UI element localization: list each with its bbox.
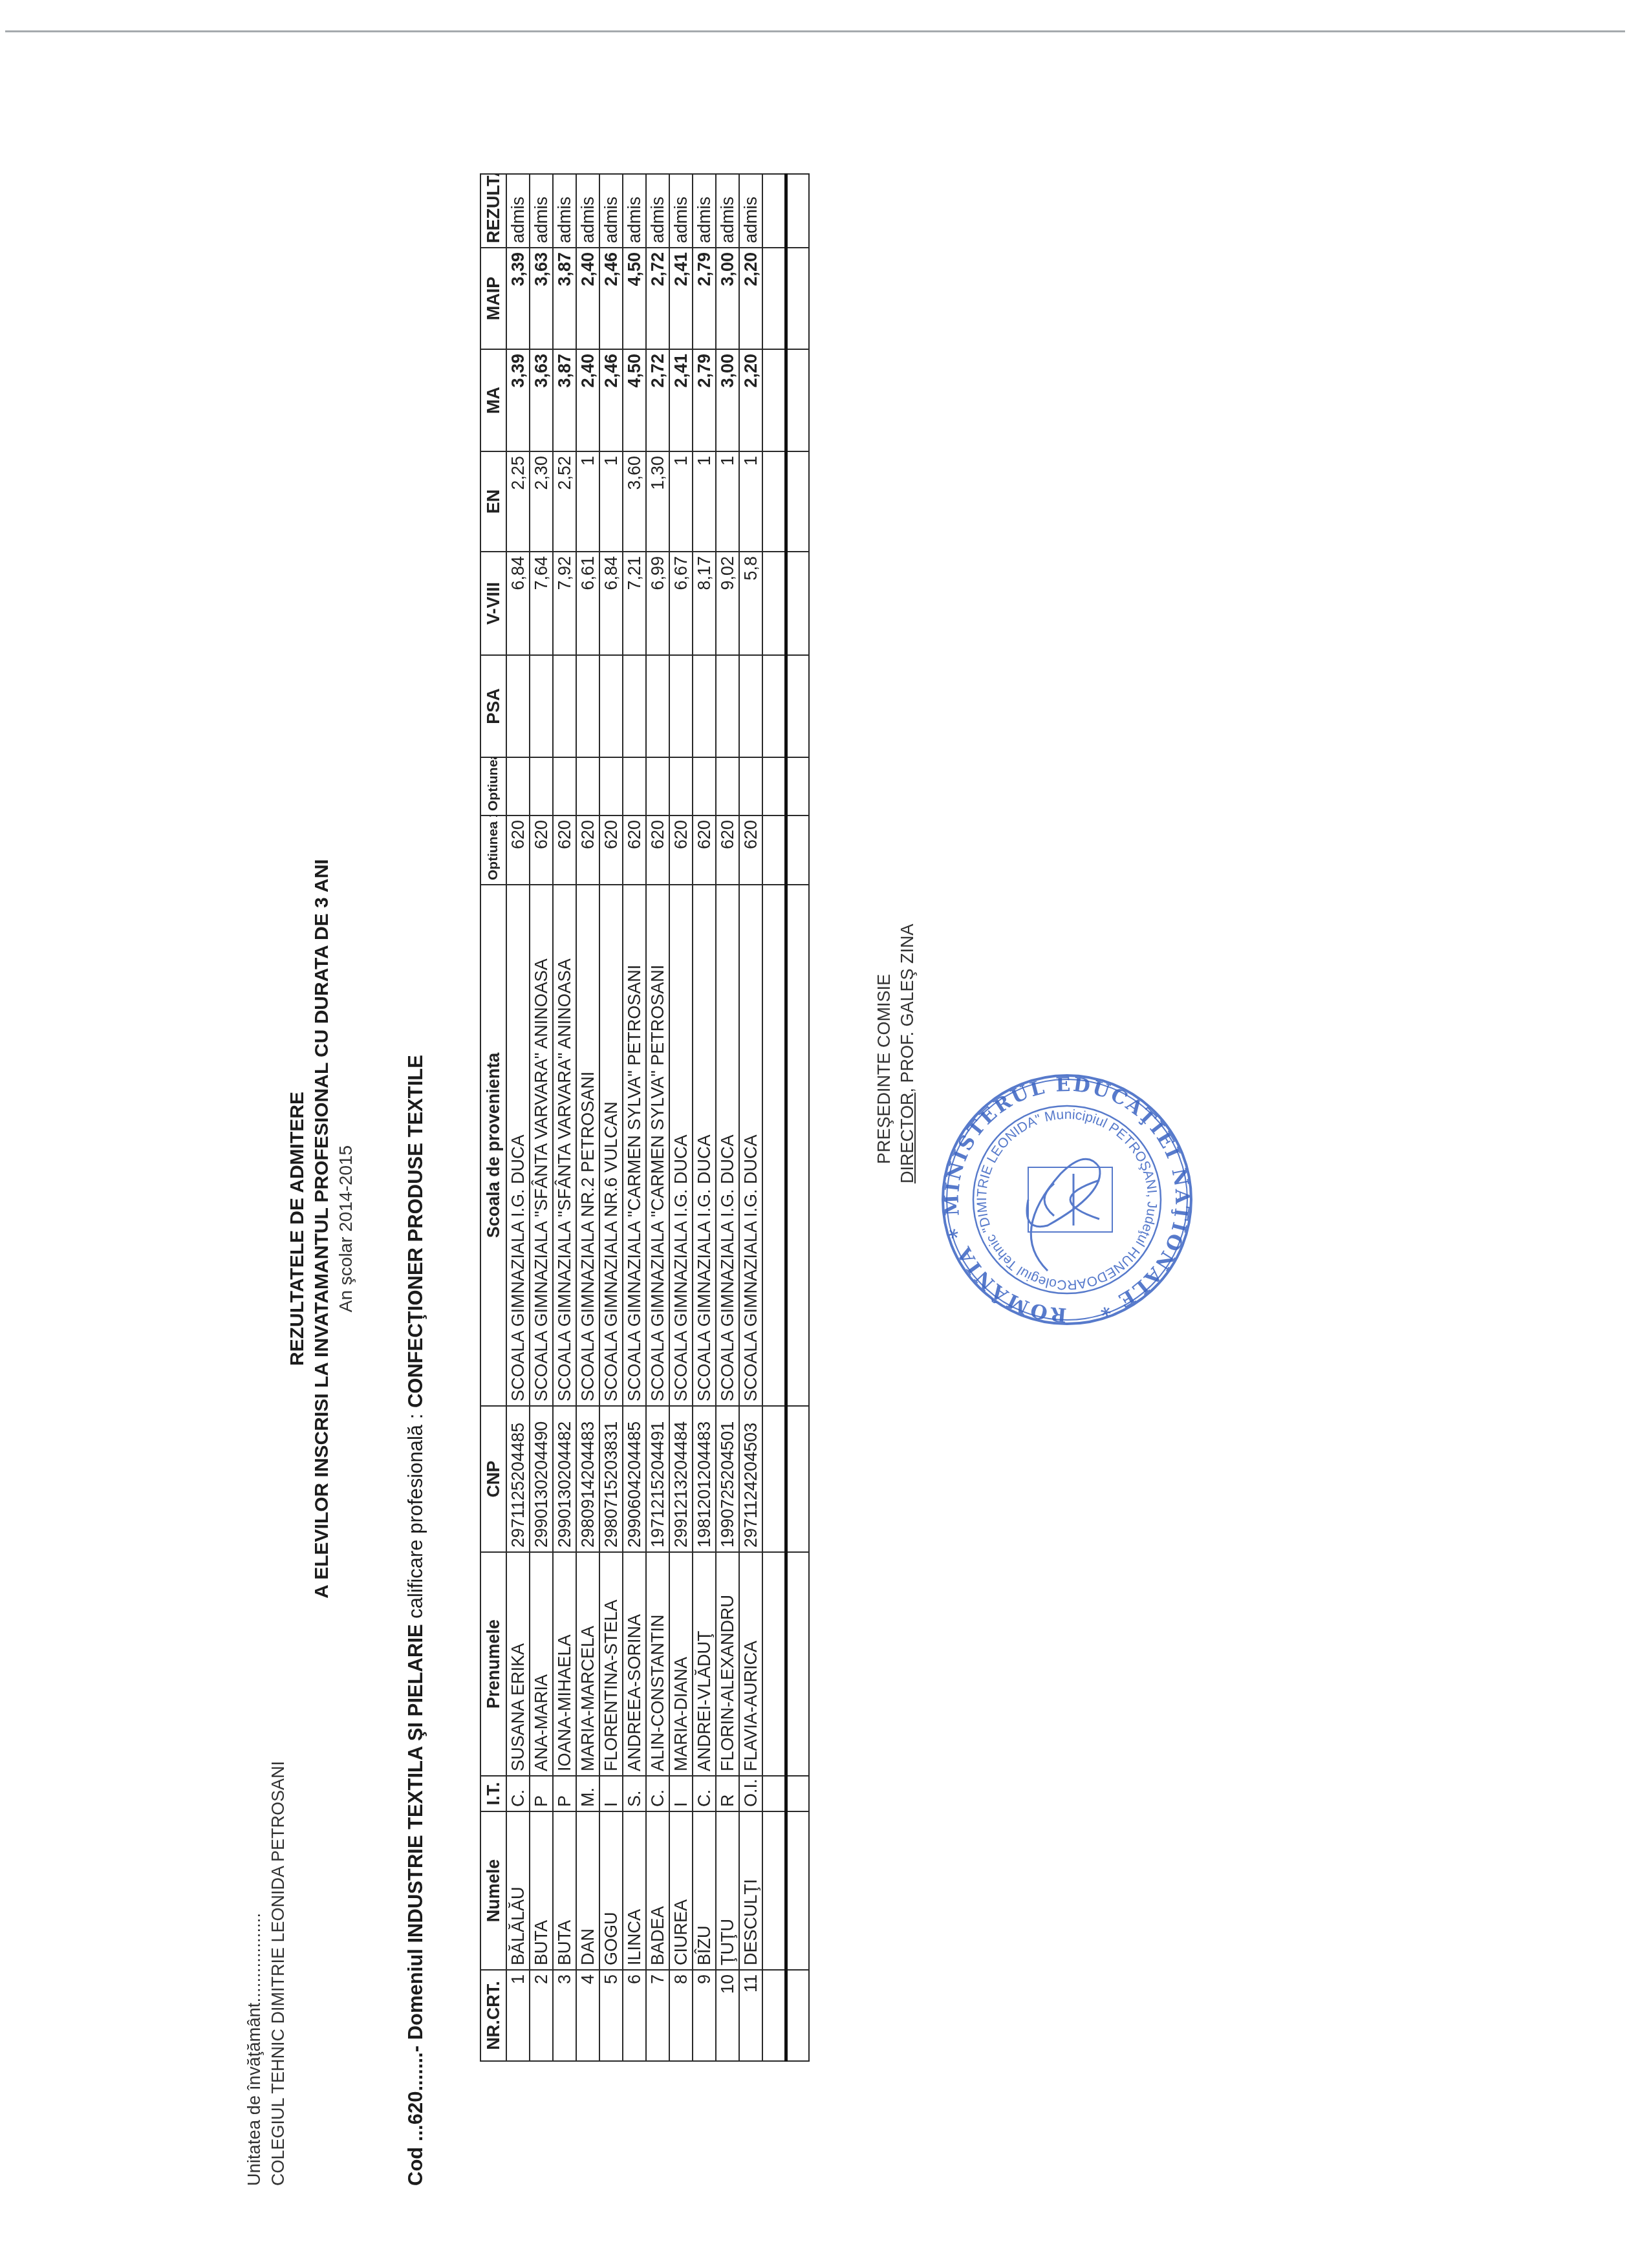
table-row: 9BÎZUC.ANDREI-VLĂDUŢ1981201204483SCOALA …	[693, 174, 716, 2061]
cell-scoala: SCOALA GIMNAZIALA I.G. DUCA	[739, 885, 762, 1406]
cell-opt1: 620	[669, 815, 693, 885]
empty-cell	[786, 349, 809, 451]
cell-it: S.	[623, 1776, 646, 1811]
table-row: 3BUTAPIOANA-MIHAELA2990130204482SCOALA G…	[553, 174, 576, 2061]
cell-v-viii: 5,8	[739, 552, 762, 655]
cell-v-viii: 6,67	[669, 552, 693, 655]
empty-cell	[786, 757, 809, 815]
column-header: MA	[480, 349, 506, 451]
cell-prenumele: IOANA-MIHAELA	[553, 1552, 576, 1776]
cell-en: 1	[739, 451, 762, 552]
table-row: 7BADEAC.ALIN-CONSTANTIN1971215204491SCOA…	[646, 174, 669, 2061]
cell-ma: 3,39	[506, 349, 530, 451]
cell-maip: 2,40	[576, 248, 599, 349]
cell-prenumele: MARIA-MARCELA	[576, 1552, 599, 1776]
cell-nr: 5	[599, 1970, 623, 2061]
cell-nr: 8	[669, 1970, 693, 2061]
empty-cell	[762, 655, 786, 757]
cell-numele: CIUREA	[669, 1811, 693, 1970]
cell-rezultat: admis	[553, 174, 576, 248]
cell-v-viii: 7,64	[530, 552, 553, 655]
cell-opt1: 620	[553, 815, 576, 885]
cell-maip: 4,50	[623, 248, 646, 349]
cell-it: I	[669, 1776, 693, 1811]
cell-opt2	[739, 757, 762, 815]
cell-rezultat: admis	[623, 174, 646, 248]
cell-psa	[693, 655, 716, 757]
empty-cell	[762, 248, 786, 349]
cell-psa	[739, 655, 762, 757]
table-header-row: NR.CRT.NumeleI.T.PrenumeleCNPScoala de p…	[480, 174, 506, 2061]
school-year: An şcolar 2014-2015	[336, 189, 356, 2268]
empty-cell	[786, 174, 809, 248]
cell-psa	[623, 655, 646, 757]
table-row: 11DESCULŢIO.I.FLAVIA-AURICA2971124204503…	[739, 174, 762, 2061]
empty-table-row	[762, 174, 786, 2061]
column-header: Scoala de provenienta	[480, 885, 506, 1406]
cell-psa	[669, 655, 693, 757]
cell-en: 1	[716, 451, 739, 552]
cell-scoala: SCOALA GIMNAZIALA NR.2 PETROSANI	[576, 885, 599, 1406]
school-name: COLEGIUL TEHNIC DIMITRIE LEONIDA PETROSA…	[268, 1761, 288, 2186]
cell-rezultat: admis	[530, 174, 553, 248]
cell-v-viii: 6,84	[599, 552, 623, 655]
cell-rezultat: admis	[669, 174, 693, 248]
column-header: I.T.	[480, 1776, 506, 1811]
cell-cnp: 2971125204485	[506, 1406, 530, 1552]
cell-prenumele: FLAVIA-AURICA	[739, 1552, 762, 1776]
column-header: MAIP	[480, 248, 506, 349]
cell-numele: ILINCA	[623, 1811, 646, 1970]
cell-rezultat: admis	[716, 174, 739, 248]
official-stamp-icon: ROMÂNIA * MINISTERUL EDUCAŢIEI NAŢIONALE…	[938, 1070, 1196, 1329]
cell-opt1: 620	[599, 815, 623, 885]
cell-numele: ŢUŢU	[716, 1811, 739, 1970]
empty-cell	[786, 815, 809, 885]
qualification-line: Cod ...620.......- Domeniul INDUSTRIE TE…	[404, 1055, 427, 2186]
cell-rezultat: admis	[693, 174, 716, 248]
cell-cnp: 2990130204482	[553, 1406, 576, 1552]
cell-it: P	[530, 1776, 553, 1811]
cell-psa	[506, 655, 530, 757]
cell-prenumele: MARIA-DIANA	[669, 1552, 693, 1776]
cell-opt1: 620	[693, 815, 716, 885]
cell-it: C.	[646, 1776, 669, 1811]
cell-scoala: SCOALA GIMNAZIALA "CARMEN SYLVA" PETROSA…	[623, 885, 646, 1406]
column-header: PSA	[480, 655, 506, 757]
cell-opt2	[716, 757, 739, 815]
cell-opt2	[506, 757, 530, 815]
cell-maip: 2,41	[669, 248, 693, 349]
cell-ma: 2,79	[693, 349, 716, 451]
cell-rezultat: admis	[739, 174, 762, 248]
cell-opt2	[530, 757, 553, 815]
cell-prenumele: ALIN-CONSTANTIN	[646, 1552, 669, 1776]
cell-cnp: 2980715203831	[599, 1406, 623, 1552]
cell-opt1: 620	[530, 815, 553, 885]
cell-maip: 2,20	[739, 248, 762, 349]
empty-cell	[762, 1811, 786, 1970]
cell-cnp: 2991213204484	[669, 1406, 693, 1552]
unit-label: Unitatea de învăţământ..................	[244, 1913, 264, 2186]
cell-ma: 2,72	[646, 349, 669, 451]
cell-cnp: 1990725204501	[716, 1406, 739, 1552]
cell-opt2	[693, 757, 716, 815]
director-signature-line: DIRECTOR, PROF. GALEŞ ZINA	[898, 923, 918, 1183]
cell-ma: 4,50	[623, 349, 646, 451]
cell-it: R	[716, 1776, 739, 1811]
document-title: REZULTATELE DE ADMITERE	[286, 189, 308, 2268]
cell-v-viii: 6,84	[506, 552, 530, 655]
cell-v-viii: 7,92	[553, 552, 576, 655]
cell-maip: 2,46	[599, 248, 623, 349]
empty-cell	[762, 349, 786, 451]
cell-cnp: 1981201204483	[693, 1406, 716, 1552]
cell-en: 2,25	[506, 451, 530, 552]
cell-numele: GOGU	[599, 1811, 623, 1970]
empty-cell	[762, 757, 786, 815]
cell-ma: 2,41	[669, 349, 693, 451]
empty-cell	[786, 655, 809, 757]
commission-president-label: PREŞEDINTE COMISIE	[874, 974, 894, 1164]
column-header: NR.CRT.	[480, 1970, 506, 2061]
director-label: DIRECTOR	[898, 1092, 917, 1183]
cell-numele: BĂLĂLĂU	[506, 1811, 530, 1970]
cell-it: I	[599, 1776, 623, 1811]
column-header: CNP	[480, 1406, 506, 1552]
document-subtitle: A ELEVILOR INSCRISI LA INVATAMANTUL PROF…	[311, 189, 333, 2268]
cell-cnp: 2990604204485	[623, 1406, 646, 1552]
empty-cell	[762, 451, 786, 552]
cell-v-viii: 6,61	[576, 552, 599, 655]
empty-cell	[762, 885, 786, 1406]
empty-cell	[786, 248, 809, 349]
cell-opt1: 620	[623, 815, 646, 885]
cell-opt2	[623, 757, 646, 815]
cell-opt2	[646, 757, 669, 815]
cell-v-viii: 9,02	[716, 552, 739, 655]
cell-en: 1	[599, 451, 623, 552]
empty-cell	[786, 1406, 809, 1552]
cell-numele: BÎZU	[693, 1811, 716, 1970]
cell-psa	[576, 655, 599, 757]
column-header: REZULTAT	[480, 174, 506, 248]
cell-scoala: SCOALA GIMNAZIALA "SFÂNTA VARVARA" ANINO…	[530, 885, 553, 1406]
admission-results-page: Unitatea de învăţământ..................…	[0, 0, 1649, 2268]
cell-rezultat: admis	[599, 174, 623, 248]
cell-ma: 3,87	[553, 349, 576, 451]
cell-scoala: SCOALA GIMNAZIALA NR.6 VULCAN	[599, 885, 623, 1406]
results-table: NR.CRT.NumeleI.T.PrenumeleCNPScoala de p…	[480, 173, 810, 2062]
cell-prenumele: ANA-MARIA	[530, 1552, 553, 1776]
cell-nr: 9	[693, 1970, 716, 2061]
cell-scoala: SCOALA GIMNAZIALA "SFÂNTA VARVARA" ANINO…	[553, 885, 576, 1406]
qualification-name: CONFECŢIONER PRODUSE TEXTILE	[404, 1055, 427, 1408]
cell-nr: 4	[576, 1970, 599, 2061]
empty-cell	[786, 1970, 809, 2061]
empty-cell	[786, 451, 809, 552]
cod-middle: calificare profesională :	[404, 1408, 427, 1624]
table-row: 2BUTAPANA-MARIA2990130204490SCOALA GIMNA…	[530, 174, 553, 2061]
cell-opt1: 620	[716, 815, 739, 885]
empty-cell	[786, 552, 809, 655]
cell-en: 3,60	[623, 451, 646, 552]
cell-numele: DAN	[576, 1811, 599, 1970]
cell-prenumele: SUSANA ERIKA	[506, 1552, 530, 1776]
cell-ma: 2,46	[599, 349, 623, 451]
cell-nr: 6	[623, 1970, 646, 2061]
cell-ma: 2,40	[576, 349, 599, 451]
cell-ma: 3,63	[530, 349, 553, 451]
table-row: 4DANM.MARIA-MARCELA2980914204483SCOALA G…	[576, 174, 599, 2061]
cell-numele: BADEA	[646, 1811, 669, 1970]
cell-it: C.	[506, 1776, 530, 1811]
cell-opt2	[599, 757, 623, 815]
cell-nr: 2	[530, 1970, 553, 2061]
cell-cnp: 1971215204491	[646, 1406, 669, 1552]
cell-cnp: 2980914204483	[576, 1406, 599, 1552]
table-row: 6ILINCAS.ANDREEA-SORINA2990604204485SCOA…	[623, 174, 646, 2061]
cell-rezultat: admis	[646, 174, 669, 248]
cell-en: 1,30	[646, 451, 669, 552]
cell-it: P	[553, 1776, 576, 1811]
cell-psa	[646, 655, 669, 757]
cell-numele: BUTA	[530, 1811, 553, 1970]
empty-cell	[762, 1406, 786, 1552]
domain-name: INDUSTRIE TEXTILA ŞI PIELARIE	[404, 1624, 427, 1943]
cell-scoala: SCOALA GIMNAZIALA I.G. DUCA	[716, 885, 739, 1406]
cell-psa	[716, 655, 739, 757]
cell-numele: BUTA	[553, 1811, 576, 1970]
cell-maip: 3,63	[530, 248, 553, 349]
cell-scoala: SCOALA GIMNAZIALA "CARMEN SYLVA" PETROSA…	[646, 885, 669, 1406]
cell-opt2	[669, 757, 693, 815]
empty-cell	[786, 1776, 809, 1811]
cell-psa	[530, 655, 553, 757]
cell-en: 2,52	[553, 451, 576, 552]
cell-prenumele: ANDREEA-SORINA	[623, 1552, 646, 1776]
cell-nr: 11	[739, 1970, 762, 2061]
cell-opt2	[576, 757, 599, 815]
cell-nr: 10	[716, 1970, 739, 2061]
cell-maip: 2,79	[693, 248, 716, 349]
cell-psa	[553, 655, 576, 757]
cell-nr: 1	[506, 1970, 530, 2061]
empty-cell	[786, 885, 809, 1406]
cell-opt1: 620	[646, 815, 669, 885]
cell-psa	[599, 655, 623, 757]
cell-v-viii: 6,99	[646, 552, 669, 655]
cell-rezultat: admis	[576, 174, 599, 248]
column-header: EN	[480, 451, 506, 552]
cell-maip: 2,72	[646, 248, 669, 349]
empty-table-row	[786, 174, 809, 2061]
cell-numele: DESCULŢI	[739, 1811, 762, 1970]
cell-en: 1	[693, 451, 716, 552]
column-header: V-VIII	[480, 552, 506, 655]
empty-cell	[786, 1552, 809, 1776]
empty-cell	[762, 1776, 786, 1811]
empty-cell	[762, 1970, 786, 2061]
table-row: 8CIUREAIMARIA-DIANA2991213204484SCOALA G…	[669, 174, 693, 2061]
cell-cnp: 2990130204490	[530, 1406, 553, 1552]
cell-en: 1	[669, 451, 693, 552]
empty-cell	[762, 1552, 786, 1776]
cell-opt2	[553, 757, 576, 815]
cell-nr: 3	[553, 1970, 576, 2061]
cell-maip: 3,00	[716, 248, 739, 349]
cell-maip: 3,39	[506, 248, 530, 349]
cell-opt1: 620	[576, 815, 599, 885]
column-header: Numele	[480, 1811, 506, 1970]
director-name: , PROF. GALEŞ ZINA	[898, 923, 917, 1092]
cod-prefix: Cod ...620.......- Domeniul	[404, 1943, 427, 2187]
cell-opt1: 620	[739, 815, 762, 885]
cell-maip: 3,87	[553, 248, 576, 349]
cell-ma: 3,00	[716, 349, 739, 451]
cell-it: O.I.	[739, 1776, 762, 1811]
table-row: 1BĂLĂLĂUC.SUSANA ERIKA2971125204485SCOAL…	[506, 174, 530, 2061]
cell-scoala: SCOALA GIMNAZIALA I.G. DUCA	[506, 885, 530, 1406]
column-header: Optiunea 1	[480, 815, 506, 885]
cell-en: 1	[576, 451, 599, 552]
cell-prenumele: FLORIN-ALEXANDRU	[716, 1552, 739, 1776]
cell-rezultat: admis	[506, 174, 530, 248]
column-header: Optiunea 2	[480, 757, 506, 815]
cell-nr: 7	[646, 1970, 669, 2061]
cell-opt1: 620	[506, 815, 530, 885]
cell-cnp: 2971124204503	[739, 1406, 762, 1552]
table-row: 5GOGUIFLORENTINA-STELA2980715203831SCOAL…	[599, 174, 623, 2061]
cell-prenumele: ANDREI-VLĂDUŢ	[693, 1552, 716, 1776]
cell-prenumele: FLORENTINA-STELA	[599, 1552, 623, 1776]
cell-it: M.	[576, 1776, 599, 1811]
cell-scoala: SCOALA GIMNAZIALA I.G. DUCA	[693, 885, 716, 1406]
cell-scoala: SCOALA GIMNAZIALA I.G. DUCA	[669, 885, 693, 1406]
cell-it: C.	[693, 1776, 716, 1811]
cell-ma: 2,20	[739, 349, 762, 451]
empty-cell	[786, 1811, 809, 1970]
empty-cell	[762, 174, 786, 248]
table-row: 10ŢUŢURFLORIN-ALEXANDRU1990725204501SCOA…	[716, 174, 739, 2061]
cell-v-viii: 7,21	[623, 552, 646, 655]
empty-cell	[762, 815, 786, 885]
cell-en: 2,30	[530, 451, 553, 552]
column-header: Prenumele	[480, 1552, 506, 1776]
cell-v-viii: 8,17	[693, 552, 716, 655]
empty-cell	[762, 552, 786, 655]
